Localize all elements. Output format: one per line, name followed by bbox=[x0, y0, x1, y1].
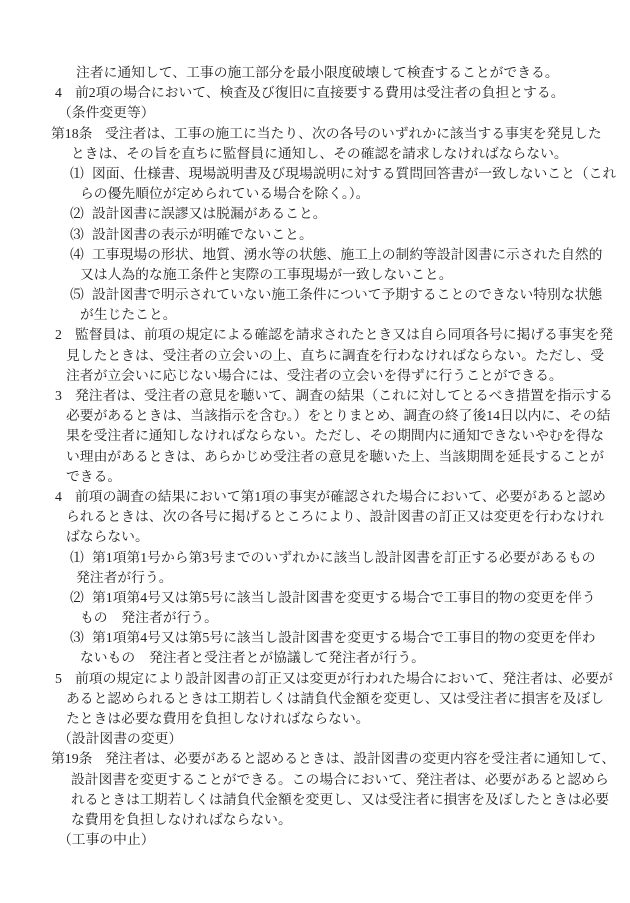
document-line: 設計図書を変更することができる。この場合において、発注者は、必要があると認めら bbox=[51, 770, 611, 790]
document-line: ばならない。 bbox=[51, 527, 611, 547]
line-text: あると認められるときは工期若しくは請負代金額を変更し、又は受注者に損害を及ぼし bbox=[66, 691, 604, 706]
document-line: い理由があるときは、あらかじめ受注者の意見を聴いた上、当該期間を延長することが bbox=[51, 447, 611, 467]
line-marker: ⑶ bbox=[70, 225, 92, 245]
document-line: ⑴図面、仕様書、現場説明書及び現場説明に対する質問回答書が一致しないこと（これ bbox=[51, 164, 611, 184]
line-marker: ⑴ bbox=[70, 548, 92, 568]
document-line: られるときは、次の各号に掲げるところにより、設計図書の訂正又は変更を行わなけれ bbox=[51, 507, 611, 527]
line-text: が生じたこと。 bbox=[80, 307, 177, 322]
line-marker: ⑸ bbox=[70, 285, 92, 305]
line-text: 前2項の場合において、検査及び復旧に直接要する費用は受注者の負担とする。 bbox=[75, 85, 565, 100]
document-line: ⑶設計図書の表示が明確でないこと。 bbox=[51, 225, 611, 245]
line-text: ときは、その旨を直ちに監督員に通知し、その確認を請求しなければならない。 bbox=[71, 146, 568, 161]
document-line: 発注者が行う。 bbox=[51, 568, 611, 588]
line-marker: ⑶ bbox=[70, 628, 92, 648]
line-marker: 4 bbox=[55, 487, 75, 507]
line-text: れるときは工期若しくは請負代金額を変更し、又は受注者に損害を及ぼしたときは必要 bbox=[71, 792, 609, 807]
document-line: が生じたこと。 bbox=[51, 305, 611, 325]
line-marker: ⑵ bbox=[70, 588, 92, 608]
document-line: 第19条発注者は、必要があると認めるときは、設計図書の変更内容を受注者に通知して… bbox=[51, 749, 611, 769]
line-marker: 5 bbox=[55, 669, 75, 689]
document-line: （設計図書の変更） bbox=[51, 729, 611, 749]
document-line: ⑶第1項第4号又は第5号に該当し設計図書を変更する場合で工事目的物の変更を伴わ bbox=[51, 628, 611, 648]
document-line: 見したときは、受注者の立会いの上、直ちに調査を行わなければならない。ただし、受 bbox=[51, 346, 611, 366]
line-text: 工事現場の形状、地質、湧水等の状態、施工上の制約等設計図書に示された自然的 bbox=[92, 247, 602, 262]
document-line: ⑴第1項第1号から第3号までのいずれかに該当し設計図書を訂正する必要があるもの bbox=[51, 548, 611, 568]
line-text: 第1項第4号又は第5号に該当し設計図書を変更する場合で工事目的物の変更を伴う bbox=[92, 590, 596, 605]
line-text: 第1項第1号から第3号までのいずれかに該当し設計図書を訂正する必要があるもの bbox=[92, 550, 596, 565]
document-line: できる。 bbox=[51, 467, 611, 487]
line-text: な費用を負担しなければならない。 bbox=[71, 812, 292, 827]
line-text: 第1項第4号又は第5号に該当し設計図書を変更する場合で工事目的物の変更を伴わ bbox=[92, 630, 596, 645]
document-line: 4前2項の場合において、検査及び復旧に直接要する費用は受注者の負担とする。 bbox=[51, 83, 611, 103]
line-text: らの優先順位が定められている場合を除く。）。 bbox=[80, 186, 369, 201]
line-text: 見したときは、受注者の立会いの上、直ちに調査を行わなければならない。ただし、受 bbox=[66, 348, 604, 363]
line-text: 発注者は、必要があると認めるときは、設計図書の変更内容を受注者に通知して、 bbox=[105, 751, 615, 766]
line-text: 受注者は、工事の施工に当たり、次の各号のいずれかに該当する事実を発見した bbox=[105, 126, 602, 141]
line-text: 図面、仕様書、現場説明書及び現場説明に対する質問回答書が一致しないこと（これ bbox=[92, 166, 616, 181]
line-text: 発注者が行う。 bbox=[76, 570, 173, 585]
document-line: ⑸設計図書で明示されていない施工条件について予期することのできない特別な状態 bbox=[51, 285, 611, 305]
line-text: ばならない。 bbox=[66, 529, 149, 544]
line-marker: 第18条 bbox=[51, 124, 105, 144]
line-text: 発注者は、受注者の意見を聴いて、調査の結果（これに対してとるべき措置を指示する bbox=[75, 388, 613, 403]
document-line: 又は人為的な施工条件と実際の工事現場が一致しないこと。 bbox=[51, 265, 611, 285]
line-text: 注者に通知して、工事の施工部分を最小限度破壊して検査することができる。 bbox=[76, 65, 559, 80]
line-text: 前項の規定により設計図書の訂正又は変更が行われた場合において、発注者は、必要が bbox=[75, 671, 613, 686]
line-text: 設計図書に誤謬又は脱漏があること。 bbox=[92, 206, 327, 221]
line-text: たときは必要な費用を負担しなければならない。 bbox=[66, 711, 370, 726]
line-marker: ⑴ bbox=[70, 164, 92, 184]
line-marker: ⑵ bbox=[70, 204, 92, 224]
document-line: もの 発注者が行う。 bbox=[51, 608, 611, 628]
line-marker: 2 bbox=[55, 325, 75, 345]
line-text: （設計図書の変更） bbox=[58, 731, 182, 746]
line-text: もの 発注者が行う。 bbox=[80, 610, 218, 625]
document-line: な費用を負担しなければならない。 bbox=[51, 810, 611, 830]
document-line: らの優先順位が定められている場合を除く。）。 bbox=[51, 184, 611, 204]
line-text: 監督員は、前項の規定による確認を請求されたとき又は自ら同項各号に掲げる事実を発 bbox=[75, 327, 613, 342]
document-line: （条件変更等） bbox=[51, 103, 611, 123]
document-line: ⑷工事現場の形状、地質、湧水等の状態、施工上の制約等設計図書に示された自然的 bbox=[51, 245, 611, 265]
line-text: （工事の中止） bbox=[58, 832, 155, 847]
document-line: ないもの 発注者と受注者とが協議して発注者が行う。 bbox=[51, 648, 611, 668]
document-line: 必要があるときは、当該指示を含む。）をとりまとめ、調査の終了後14日以内に、その… bbox=[51, 406, 611, 426]
line-marker: 3 bbox=[55, 386, 75, 406]
line-text: できる。 bbox=[66, 469, 121, 484]
line-text: （条件変更等） bbox=[58, 105, 155, 120]
document-body: 注者に通知して、工事の施工部分を最小限度破壊して検査することができる。4前2項の… bbox=[51, 63, 611, 850]
line-text: 果を受注者に通知しなければならない。ただし、その期間内に通知できないやむを得な bbox=[66, 428, 604, 443]
document-line: 5前項の規定により設計図書の訂正又は変更が行われた場合において、発注者は、必要が bbox=[51, 669, 611, 689]
document-page: 注者に通知して、工事の施工部分を最小限度破壊して検査することができる。4前2項の… bbox=[0, 0, 630, 903]
line-text: 設計図書の表示が明確でないこと。 bbox=[92, 227, 313, 242]
line-marker: ⑷ bbox=[70, 245, 92, 265]
line-text: 前項の調査の結果において第1項の事実が確認された場合において、必要があると認め bbox=[75, 489, 606, 504]
document-line: 第18条受注者は、工事の施工に当たり、次の各号のいずれかに該当する事実を発見した bbox=[51, 124, 611, 144]
line-text: 設計図書で明示されていない施工条件について予期することのできない特別な状態 bbox=[92, 287, 602, 302]
line-text: 注者が立会いに応じない場合には、受注者の立会いを得ずに行うことができる。 bbox=[66, 368, 563, 383]
document-line: 果を受注者に通知しなければならない。ただし、その期間内に通知できないやむを得な bbox=[51, 426, 611, 446]
line-text: ないもの 発注者と受注者とが協議して発注者が行う。 bbox=[80, 650, 425, 665]
line-text: 設計図書を変更することができる。この場合において、発注者は、必要があると認めら bbox=[71, 772, 609, 787]
line-text: い理由があるときは、あらかじめ受注者の意見を聴いた上、当該期間を延長することが bbox=[66, 449, 604, 464]
document-line: 注者に通知して、工事の施工部分を最小限度破壊して検査することができる。 bbox=[51, 63, 611, 83]
document-line: あると認められるときは工期若しくは請負代金額を変更し、又は受注者に損害を及ぼし bbox=[51, 689, 611, 709]
line-marker: 第19条 bbox=[51, 749, 105, 769]
document-line: 2監督員は、前項の規定による確認を請求されたとき又は自ら同項各号に掲げる事実を発 bbox=[51, 325, 611, 345]
line-text: 又は人為的な施工条件と実際の工事現場が一致しないこと。 bbox=[80, 267, 453, 282]
document-line: たときは必要な費用を負担しなければならない。 bbox=[51, 709, 611, 729]
document-line: ⑵第1項第4号又は第5号に該当し設計図書を変更する場合で工事目的物の変更を伴う bbox=[51, 588, 611, 608]
document-line: ⑵設計図書に誤謬又は脱漏があること。 bbox=[51, 204, 611, 224]
document-line: れるときは工期若しくは請負代金額を変更し、又は受注者に損害を及ぼしたときは必要 bbox=[51, 790, 611, 810]
document-line: ときは、その旨を直ちに監督員に通知し、その確認を請求しなければならない。 bbox=[51, 144, 611, 164]
line-text: 必要があるときは、当該指示を含む。）をとりまとめ、調査の終了後14日以内に、その… bbox=[66, 408, 610, 423]
line-marker: 4 bbox=[55, 83, 75, 103]
document-line: 4前項の調査の結果において第1項の事実が確認された場合において、必要があると認め bbox=[51, 487, 611, 507]
document-line: 注者が立会いに応じない場合には、受注者の立会いを得ずに行うことができる。 bbox=[51, 366, 611, 386]
document-line: 3発注者は、受注者の意見を聴いて、調査の結果（これに対してとるべき措置を指示する bbox=[51, 386, 611, 406]
document-line: （工事の中止） bbox=[51, 830, 611, 850]
line-text: られるときは、次の各号に掲げるところにより、設計図書の訂正又は変更を行わなけれ bbox=[66, 509, 604, 524]
